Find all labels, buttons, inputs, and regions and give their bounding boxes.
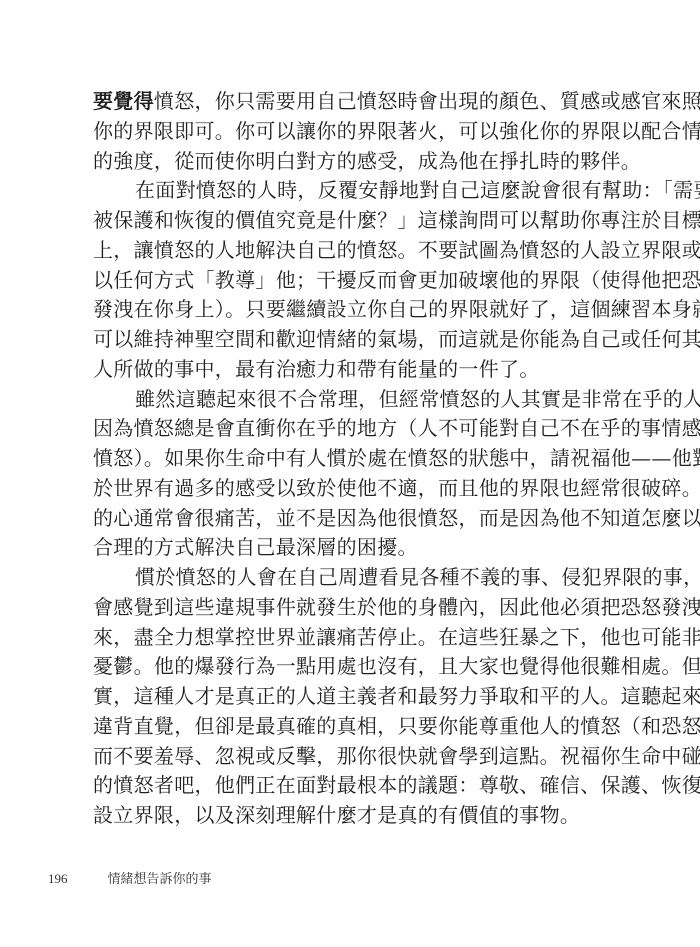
line-text: 因為憤怒總是會直衝你在乎的地方（人不可能對自己不在乎的事情感到 xyxy=(93,416,700,440)
line-text: 雖然這聽起來很不合常理，但經常憤怒的人其實是非常在乎的人， xyxy=(135,387,700,411)
paragraph: 在面對憤怒的人時，反覆安靜地對自己這麼說會很有幫助：「需要被保護和恢復的價值究竟… xyxy=(93,176,599,384)
text-line: 發洩在你身上）。只要繼續設立你自己的界限就好了，這個練習本身就 xyxy=(93,295,599,325)
text-line: 你的界限即可。你可以讓你的界限著火，可以強化你的界限以配合情境 xyxy=(93,117,599,147)
line-text: 人所做的事中，最有治癒力和帶有能量的一件了。 xyxy=(93,357,540,381)
text-line: 憂鬱。他的爆發行為一點用處也沒有，且大家也覺得他很難相處。但其 xyxy=(93,652,599,682)
line-text: 合理的方式解決自己最深層的困擾。 xyxy=(93,535,418,559)
bold-emphasis: 要覺得 xyxy=(93,89,154,113)
running-title: 情緒想告訴你的事 xyxy=(108,868,212,887)
text-line: 以任何方式「教導」他；干擾反而會更加破壞他的界限（使得他把恐怒 xyxy=(93,266,599,296)
line-text: 於世界有過多的感受以致於使他不適，而且他的界限也經常很破碎。他 xyxy=(93,476,700,500)
line-text: 上，讓憤怒的人地解決自己的憤怒。不要試圖為憤怒的人設立界限或者 xyxy=(93,238,700,262)
line-text: 被保護和恢復的價值究竟是什麼？」這樣詢問可以幫助你專注於目標之 xyxy=(93,208,700,232)
text-line: 設立界限，以及深刻理解什麼才是真的有價值的事物。 xyxy=(93,801,599,831)
text-line: 於世界有過多的感受以致於使他不適，而且他的界限也經常很破碎。他 xyxy=(93,474,599,504)
line-text: 憂鬱。他的爆發行為一點用處也沒有，且大家也覺得他很難相處。但其 xyxy=(93,654,700,678)
text-line: 在面對憤怒的人時，反覆安靜地對自己這麼說會很有幫助：「需要 xyxy=(93,176,599,206)
line-text: 的心通常會很痛苦，並不是因為他很憤怒，而是因為他不知道怎麼以更 xyxy=(93,506,700,530)
line-text: 可以維持神聖空間和歡迎情緒的氣場，而這就是你能為自己或任何其他 xyxy=(93,327,700,351)
text-line: 的憤怒者吧，他們正在面對最根本的議題：尊敬、確信、保護、恢復、 xyxy=(93,771,599,801)
text-line: 來，盡全力想掌控世界並讓痛苦停止。在這些狂暴之下，他也可能非常 xyxy=(93,623,599,653)
line-text: 違背直覺，但卻是最真確的真相，只要你能尊重他人的憤怒（和恐怒） xyxy=(93,714,700,738)
book-page: 要覺得憤怒，你只需要用自己憤怒時會出現的顏色、質感或感官來照亮你的界限即可。你可… xyxy=(0,0,700,947)
line-text: 的憤怒者吧，他們正在面對最根本的議題：尊敬、確信、保護、恢復、 xyxy=(93,773,700,797)
text-line: 的心通常會很痛苦，並不是因為他很憤怒，而是因為他不知道怎麼以更 xyxy=(93,504,599,534)
line-text: 憤怒，你只需要用自己憤怒時會出現的顏色、質感或感官來照亮 xyxy=(154,89,700,113)
text-line: 合理的方式解決自己最深層的困擾。 xyxy=(93,533,599,563)
text-line: 雖然這聽起來很不合常理，但經常憤怒的人其實是非常在乎的人， xyxy=(93,385,599,415)
text-line: 慣於憤怒的人會在自己周遭看見各種不義的事、侵犯界限的事，他 xyxy=(93,563,599,593)
text-line: 要覺得憤怒，你只需要用自己憤怒時會出現的顏色、質感或感官來照亮 xyxy=(93,87,599,117)
text-line: 會感覺到這些違規事件就發生於他的身體內，因此他必須把恐怒發洩出 xyxy=(93,593,599,623)
page-footer: 196 情緒想告訴你的事 xyxy=(48,868,212,887)
line-text: 你的界限即可。你可以讓你的界限著火，可以強化你的界限以配合情境 xyxy=(93,119,700,143)
line-text: 會感覺到這些違規事件就發生於他的身體內，因此他必須把恐怒發洩出 xyxy=(93,595,700,619)
text-line: 違背直覺，但卻是最真確的真相，只要你能尊重他人的憤怒（和恐怒） xyxy=(93,712,599,742)
line-text: 以任何方式「教導」他；干擾反而會更加破壞他的界限（使得他把恐怒 xyxy=(93,268,700,292)
page-number: 196 xyxy=(48,871,68,887)
text-line: 因為憤怒總是會直衝你在乎的地方（人不可能對自己不在乎的事情感到 xyxy=(93,414,599,444)
text-line: 上，讓憤怒的人地解決自己的憤怒。不要試圖為憤怒的人設立界限或者 xyxy=(93,236,599,266)
line-text: 憤怒）。如果你生命中有人慣於處在憤怒的狀態中，請祝福他——他對 xyxy=(93,446,700,470)
text-line: 可以維持神聖空間和歡迎情緒的氣場，而這就是你能為自己或任何其他 xyxy=(93,325,599,355)
text-line: 憤怒）。如果你生命中有人慣於處在憤怒的狀態中，請祝福他——他對 xyxy=(93,444,599,474)
paragraph: 雖然這聽起來很不合常理，但經常憤怒的人其實是非常在乎的人，因為憤怒總是會直衝你在… xyxy=(93,385,599,564)
line-text: 發洩在你身上）。只要繼續設立你自己的界限就好了，這個練習本身就 xyxy=(93,297,700,321)
line-text: 慣於憤怒的人會在自己周遭看見各種不義的事、侵犯界限的事，他 xyxy=(135,565,700,589)
text-line: 而不要羞辱、忽視或反擊，那你很快就會學到這點。祝福你生命中碰到 xyxy=(93,742,599,772)
text-line: 被保護和恢復的價值究竟是什麼？」這樣詢問可以幫助你專注於目標之 xyxy=(93,206,599,236)
text-line: 的強度，從而使你明白對方的感受，成為他在掙扎時的夥伴。 xyxy=(93,147,599,177)
line-text: 而不要羞辱、忽視或反擊，那你很快就會學到這點。祝福你生命中碰到 xyxy=(93,744,700,768)
line-text: 的強度，從而使你明白對方的感受，成為他在掙扎時的夥伴。 xyxy=(93,149,641,173)
line-text: 實，這種人才是真正的人道主義者和最努力爭取和平的人。這聽起來很 xyxy=(93,684,700,708)
line-text: 在面對憤怒的人時，反覆安靜地對自己這麼說會很有幫助：「需要 xyxy=(135,178,700,202)
line-text: 設立界限，以及深刻理解什麼才是真的有價值的事物。 xyxy=(93,803,580,827)
text-line: 實，這種人才是真正的人道主義者和最努力爭取和平的人。這聽起來很 xyxy=(93,682,599,712)
body-text: 要覺得憤怒，你只需要用自己憤怒時會出現的顏色、質感或感官來照亮你的界限即可。你可… xyxy=(93,87,599,831)
line-text: 來，盡全力想掌控世界並讓痛苦停止。在這些狂暴之下，他也可能非常 xyxy=(93,625,700,649)
paragraph: 慣於憤怒的人會在自己周遭看見各種不義的事、侵犯界限的事，他會感覺到這些違規事件就… xyxy=(93,563,599,831)
paragraph: 要覺得憤怒，你只需要用自己憤怒時會出現的顏色、質感或感官來照亮你的界限即可。你可… xyxy=(93,87,599,176)
text-line: 人所做的事中，最有治癒力和帶有能量的一件了。 xyxy=(93,355,599,385)
